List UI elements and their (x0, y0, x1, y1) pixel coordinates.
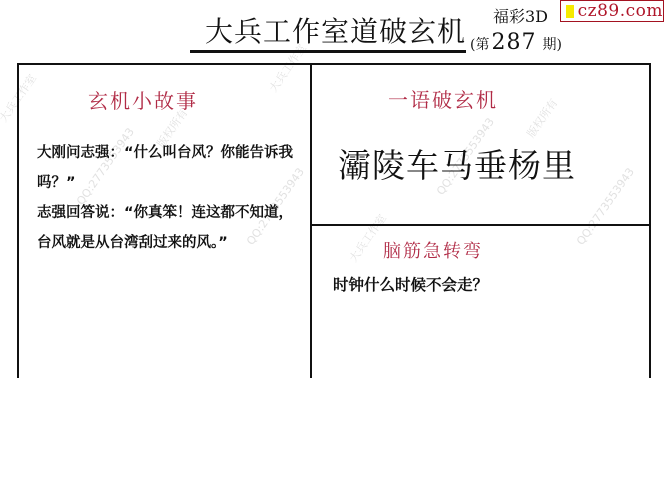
frame-left-border (17, 63, 19, 378)
issue-label: (第287期) (470, 30, 562, 55)
site-badge-text: cz89.com (578, 1, 663, 21)
right-panel-divider (311, 224, 651, 226)
story-text: 大刚问志强：“什么叫台风？你能告诉我吗？” 志强回答说：“你真笨！连这都不知道，… (37, 138, 307, 258)
story-paragraph: 大刚问志强：“什么叫台风？你能告诉我吗？” (37, 138, 307, 198)
lottery-name: 福彩3D (493, 4, 548, 27)
frame-center-divider (310, 63, 312, 378)
issue-suffix: 期) (542, 37, 561, 53)
issue-number: 287 (491, 30, 536, 55)
story-paragraph: 志强回答说：“你真笨！连这都不知道，台风就是从台湾刮过来的风。” (37, 198, 307, 258)
watermark-text: 大兵工作室 (0, 71, 40, 125)
frame-top-border (18, 63, 651, 65)
watermark-text: 版权所有 (523, 95, 561, 140)
issue-prefix: (第 (470, 37, 489, 53)
verse-text: 灞陵车马垂杨里 (338, 140, 576, 187)
frame-right-border (649, 63, 651, 378)
page-title: 大兵工作室道破玄机 (205, 10, 467, 50)
site-badge[interactable]: cz89.com (560, 0, 664, 22)
title-underline (190, 50, 466, 53)
story-heading: 玄机小故事 (88, 85, 198, 114)
yellow-square-icon (566, 5, 574, 18)
riddle-heading: 脑筋急转弯 (383, 237, 483, 263)
riddle-text: 时钟什么时候不会走？ (333, 273, 488, 295)
watermark-text: QQ:2773553943 (574, 165, 637, 247)
verse-heading: 一语破玄机 (388, 84, 498, 113)
